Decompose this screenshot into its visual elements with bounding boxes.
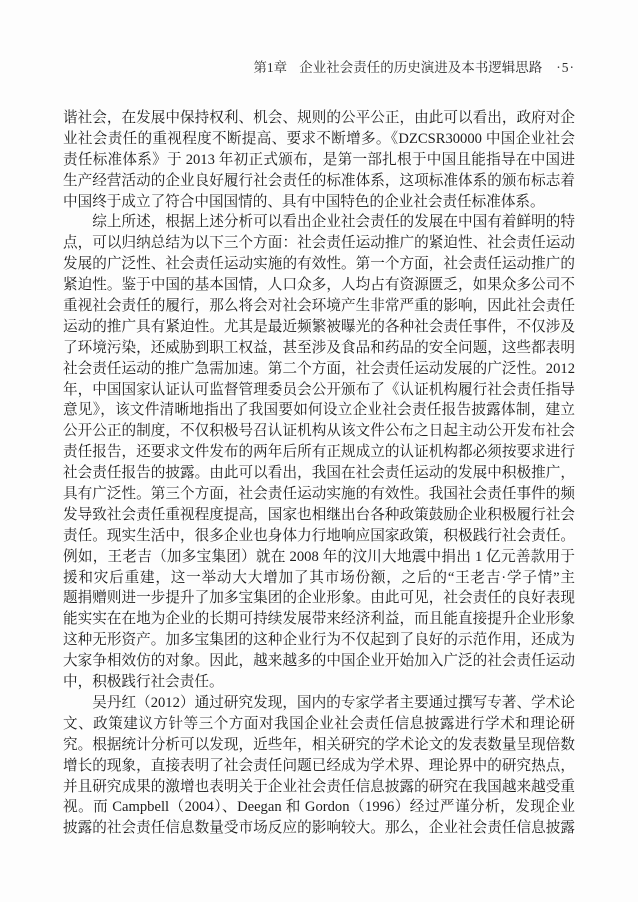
running-header: 第1章企业社会责任的历史演进及本书逻辑思路·5·	[63, 60, 575, 76]
text-line: 能实实在在地为企业的长期可持续发展带来经济利益，而且能直接提升企业形象	[63, 609, 575, 630]
text-line: 究。根据统计分析可以发现，近些年，相关研究的学术论文的发表数量呈现倍数	[63, 735, 575, 756]
text-line: 谐社会，在发展中保持权利、机会、规则的公平公正，由此可以看出，政府对企	[63, 108, 575, 129]
text-line: 例如，王老吉（加多宝集团）就在 2008 年的汶川大地震中捐出 1 亿元善款用于…	[63, 547, 575, 568]
text-line: 题捐赠则进一步提升了加多宝集团的企业形象。由此可见，社会责任的良好表现	[63, 588, 575, 609]
text-line: 重视社会责任的履行，那么将会对社会环境产生非常严重的影响，因此社会责任	[63, 296, 575, 317]
text-line: 这种无形资产。加多宝集团的这种企业行为不仅起到了良好的示范作用，还成为	[63, 630, 575, 651]
body-text: 谐社会，在发展中保持权利、机会、规则的公平公正，由此可以看出，政府对企 业社会责…	[63, 108, 575, 839]
text-line: 年，中国国家认证认可监督管理委员会公开颁布了《认证机构履行社会责任指导	[63, 380, 575, 401]
text-line: 披露的社会责任信息数量受市场反应的影响较大。那么，企业社会责任信息披露	[63, 818, 575, 839]
paragraph: 谐社会，在发展中保持权利、机会、规则的公平公正，由此可以看出，政府对企 业社会责…	[63, 108, 575, 212]
chapter-label: 第1章	[253, 60, 287, 75]
text-line: 发导致社会责任重视程度提高，国家也相继出台各种政策鼓励企业积极履行社会	[63, 505, 575, 526]
text-line: 文、政策建议方针等三个方面对我国企业社会责任信息披露进行学术和理论研	[63, 714, 575, 735]
text-line: 具有广泛性。第三个方面，社会责任运动实施的有效性。我国社会责任事件的频	[63, 484, 575, 505]
text-line: 增长的现象，直接表明了社会责任问题已经成为学术界、理论界中的研究热点，	[63, 756, 575, 777]
text-line: 社会责任运动的推广急需加速。第二个方面，社会责任运动发展的广泛性。2012	[63, 359, 575, 380]
text-line: 生产经营活动的企业良好履行社会责任的标准体系，这项标准体系的颁布标志着	[63, 171, 575, 192]
text-line: 点，可以归纳总结为以下三个方面：社会责任运动推广的紧迫性、社会责任运动	[63, 233, 575, 254]
text-line: 意见》，该文件清晰地指出了我国要如何设立企业社会责任报告披露体制，建立	[63, 400, 575, 421]
text-line: 责任报告，还要求文件发布的两年后所有正规成立的认证机构都必须按要求进行	[63, 442, 575, 463]
text-line: 了环境污染，还威胁到职工权益，甚至涉及食品和药品的安全问题，这些都表明	[63, 338, 575, 359]
text-line: 发展的广泛性、社会责任运动实施的有效性。第一个方面，社会责任运动推广的	[63, 254, 575, 275]
text-line: 责任标准体系》于 2013 年初正式颁布，是第一部扎根于中国且能指导在中国进行	[63, 150, 575, 171]
text-line: 吴丹红（2012）通过研究发现，国内的专家学者主要通过撰写专著、学术论	[63, 693, 575, 714]
page-number: ·5·	[556, 60, 575, 75]
text-line: 公开公正的制度，不仅积极号召认证机构从该文件公布之日起主动公开发布社会	[63, 421, 575, 442]
book-page: 第1章企业社会责任的历史演进及本书逻辑思路·5· 谐社会，在发展中保持权利、机会…	[0, 0, 638, 902]
text-line: 紧迫性。鉴于中国的基本国情，人口众多，人均占有资源匮乏，如果众多公司不	[63, 275, 575, 296]
text-line: 综上所述，根据上述分析可以看出企业社会责任的发展在中国有着鲜明的特	[63, 212, 575, 233]
chapter-title: 企业社会责任的历史演进及本书逻辑思路	[299, 60, 542, 75]
text-line: 并且研究成果的激增也表明关于企业社会责任信息披露的研究在我国越来越受重	[63, 777, 575, 798]
text-line: 援和灾后重建，这一举动大大增加了其市场份额，之后的“王老吉·学子情”主	[63, 568, 575, 589]
text-line: 视。而 Campbell（2004）、Deegan 和 Gordon（1996）…	[63, 797, 575, 818]
text-line: 业社会责任的重视程度不断提高、要求不断增多。《DZCSR30000 中国企业社会	[63, 129, 575, 150]
text-line: 责任。现实生活中，很多企业也身体力行地响应国家政策，积极践行社会责任。	[63, 526, 575, 547]
paragraph: 吴丹红（2012）通过研究发现，国内的专家学者主要通过撰写专著、学术论 文、政策…	[63, 693, 575, 839]
text-line: 运动的推广具有紧迫性。尤其是最近频繁被曝光的各种社会责任事件，不仅涉及	[63, 317, 575, 338]
text-line: 大家争相效仿的对象。因此，越来越多的中国企业开始加入广泛的社会责任运动	[63, 651, 575, 672]
text-line: 中，积极践行社会责任。	[63, 672, 575, 693]
paragraph: 综上所述，根据上述分析可以看出企业社会责任的发展在中国有着鲜明的特 点，可以归纳…	[63, 212, 575, 692]
text-line: 中国终于成立了符合中国国情的、具有中国特色的企业社会责任标准体系。	[63, 192, 575, 213]
text-line: 社会责任报告的披露。由此可以看出，我国在社会责任运动的发展中积极推广，	[63, 463, 575, 484]
